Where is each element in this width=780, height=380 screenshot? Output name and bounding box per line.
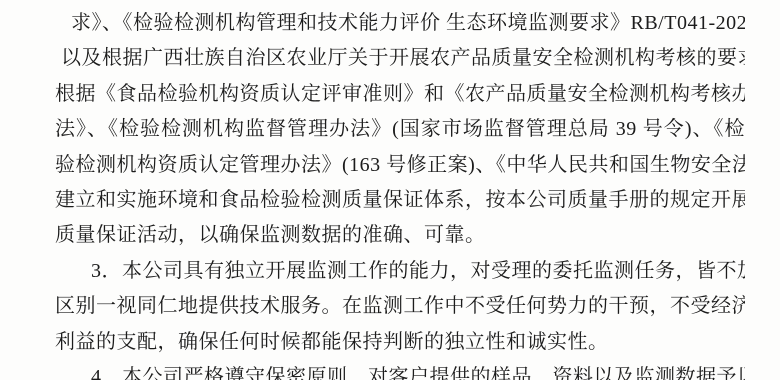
text-line-1: 求》、《检验检测机构管理和技术能力评价 生态环境监测要求》RB/T041-202… bbox=[55, 6, 745, 41]
document-page: 求》、《检验检测机构管理和技术能力评价 生态环境监测要求》RB/T041-202… bbox=[0, 0, 780, 380]
text-line-6: 建立和实施环境和食品检验检测质量保证体系，按本公司质量手册的规定开展 bbox=[55, 183, 745, 218]
text-line-10: 利益的支配，确保任何时候都能保持判断的独立性和诚实性。 bbox=[55, 325, 745, 360]
text-line-7: 质量保证活动，以确保监测数据的准确、可靠。 bbox=[55, 218, 745, 253]
text-line-3: 根据《食品检验机构资质认定评审准则》和《农产品质量安全检测机构考核办 bbox=[55, 77, 745, 112]
text-line-2: 以及根据广西壮族自治区农业厅关于开展农产品质量安全检测机构考核的要求； bbox=[55, 41, 745, 76]
text-line-8: 3．本公司具有独立开展监测工作的能力，对受理的委托监测任务，皆不加 bbox=[55, 254, 745, 289]
text-line-5: 验检测机构资质认定管理办法》(163 号修正案)、《中华人民共和国生物安全法》 bbox=[55, 148, 745, 183]
text-line-9: 区别一视同仁地提供技术服务。在监测工作中不受任何势力的干预，不受经济 bbox=[55, 289, 745, 324]
document-text-block: 求》、《检验检测机构管理和技术能力评价 生态环境监测要求》RB/T041-202… bbox=[55, 6, 745, 380]
text-line-4: 法》、《检验检测机构监督管理办法》(国家市场监督管理总局 39 号令)、《检 bbox=[55, 112, 745, 147]
text-line-11-clipped: 4．本公司严格遵守保密原则，对客户提供的样品、资料以及监测数据予以保密 bbox=[55, 360, 745, 380]
